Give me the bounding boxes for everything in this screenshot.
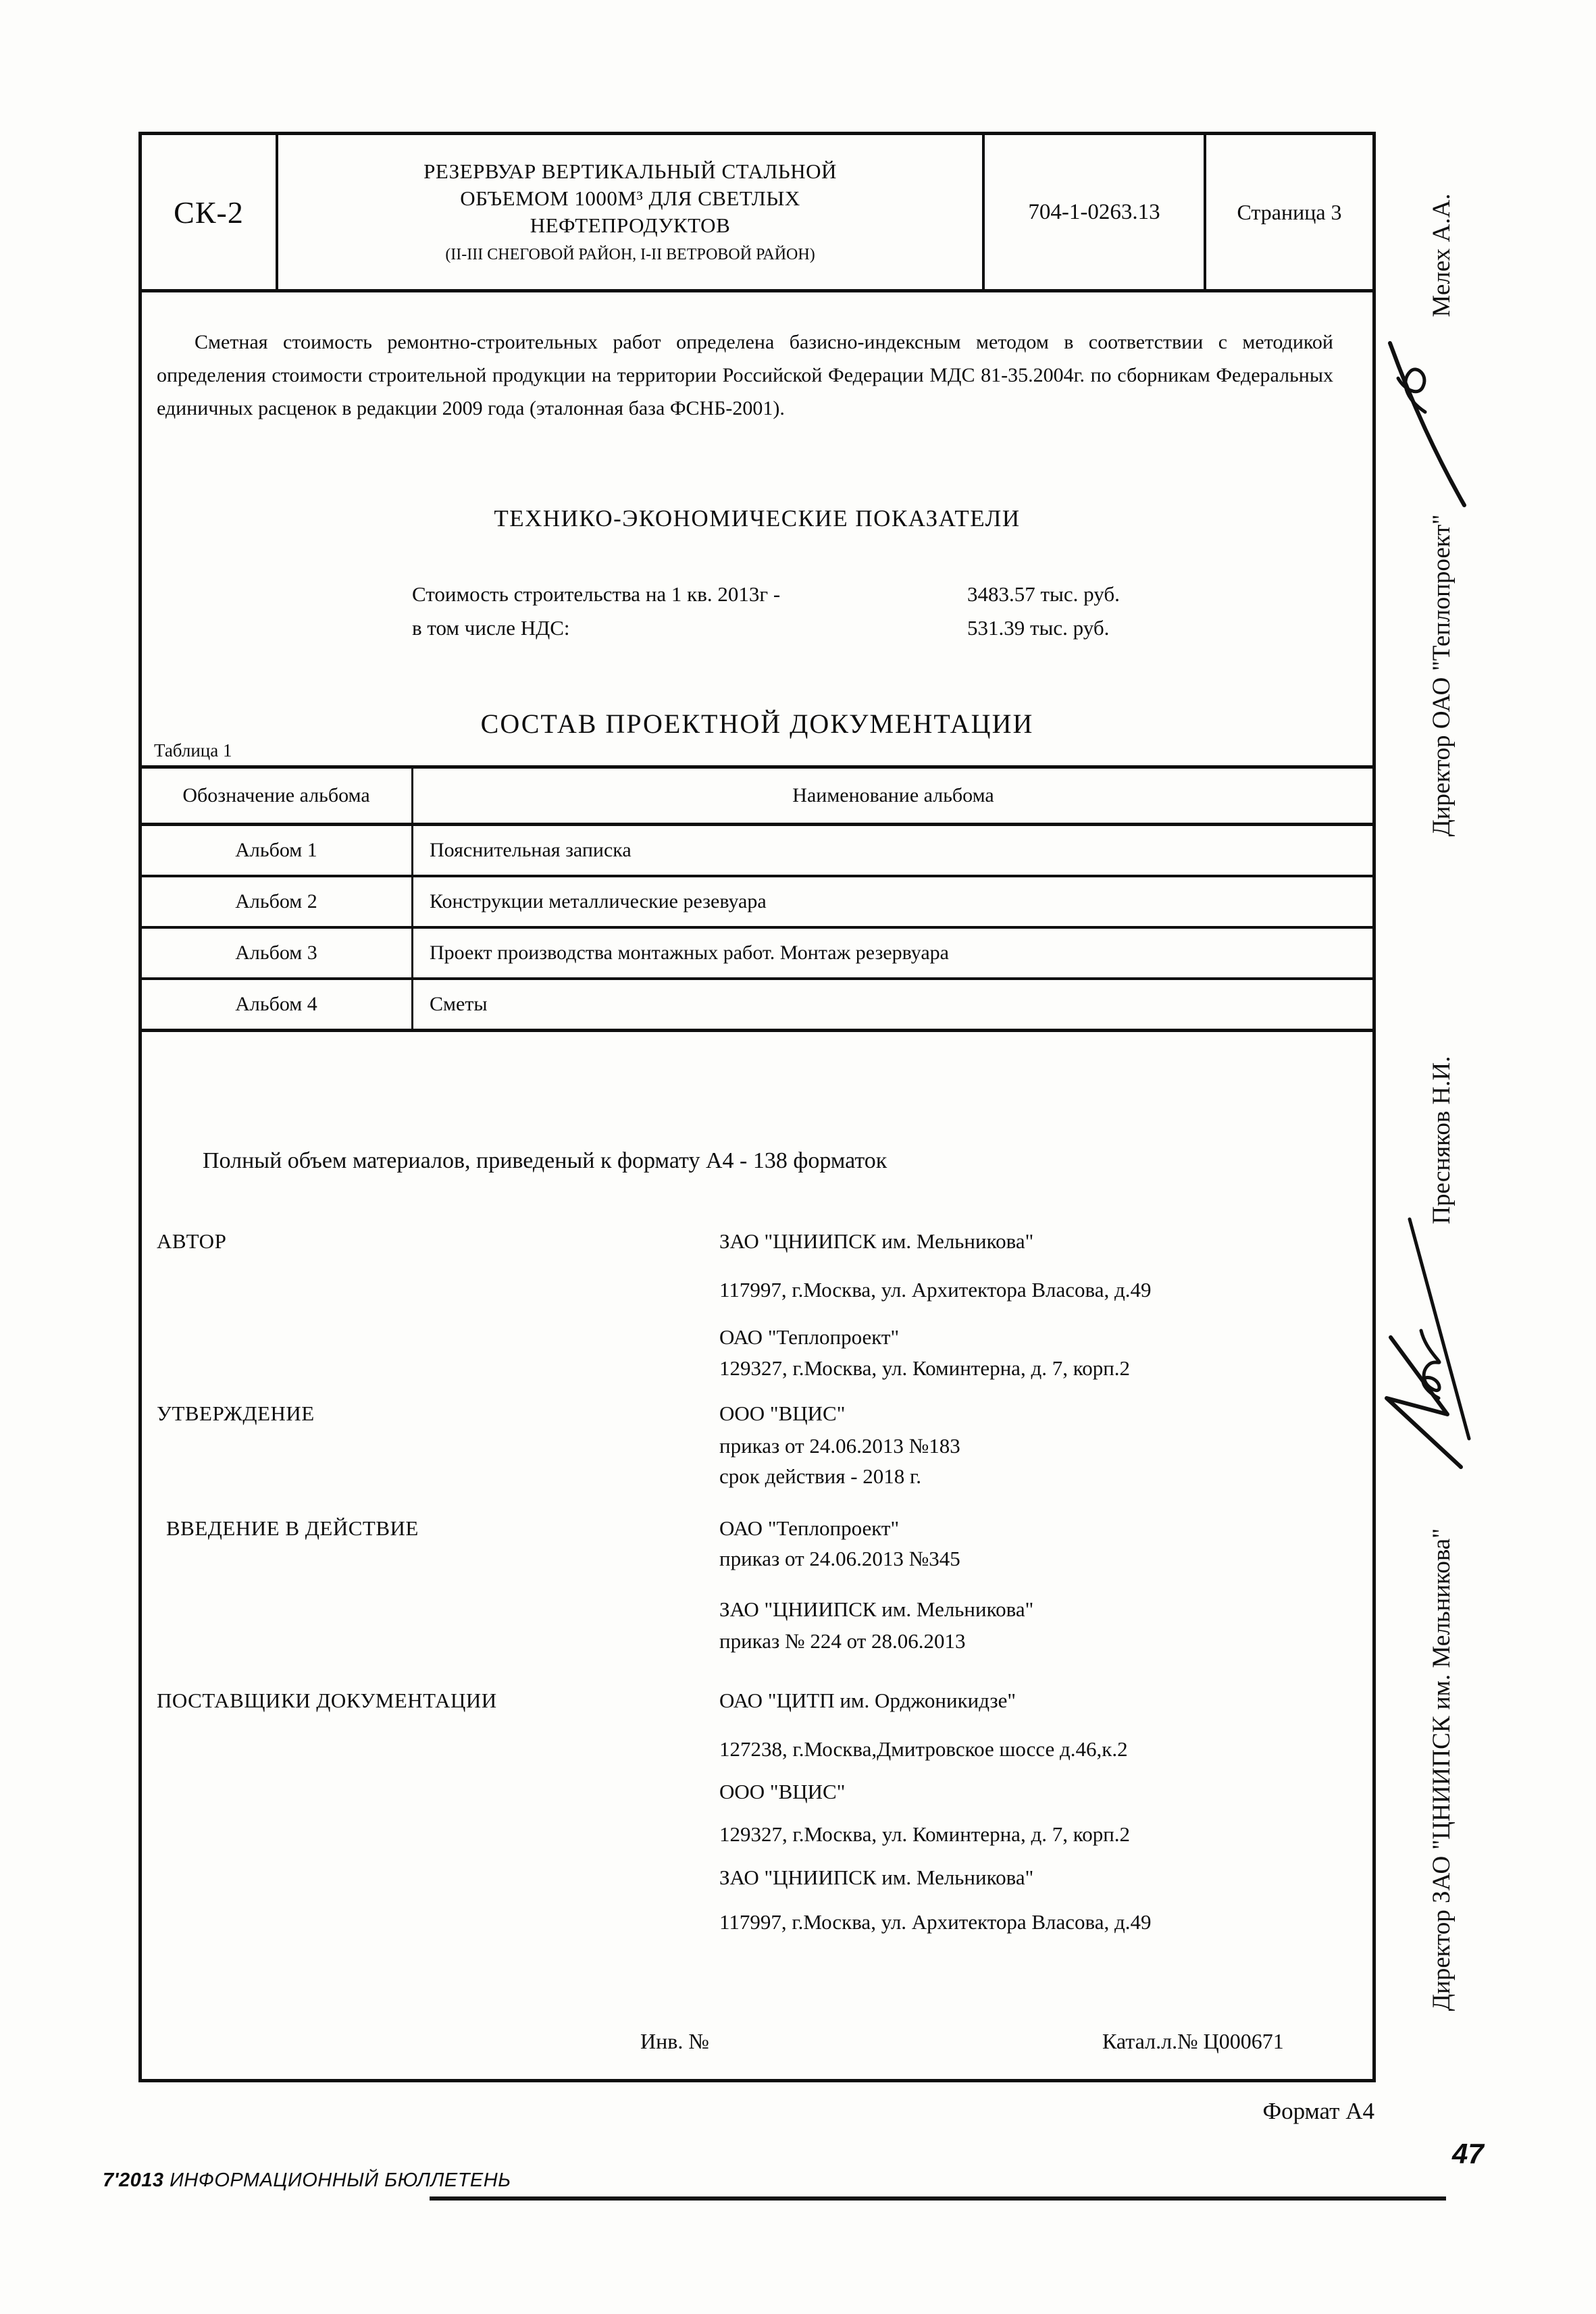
- album-code: Альбом 4: [141, 980, 413, 1029]
- albums-table: Обозначение альбома Наименование альбома…: [138, 765, 1376, 1032]
- album-code: Альбом 3: [141, 929, 413, 977]
- title-subline: (II-III СНЕГОВОЙ РАЙОН, I-II ВЕТРОВОЙ РА…: [445, 243, 815, 266]
- signature-title-bottom: Директор ЗАО "ЦНИИПСК им. Мельникова": [1427, 1459, 1457, 2080]
- form-code-cell: СК-2: [142, 135, 278, 289]
- party-line: ЗАО "ЦНИИПСК им. Мельникова": [719, 1866, 1033, 1890]
- intro-paragraph: Сметная стоимость ремонтно-строительных …: [157, 326, 1333, 425]
- party-line: ОАО "Теплопроект": [719, 1516, 899, 1541]
- bulletin-issue: 7'2013: [103, 2169, 164, 2191]
- author-section-label: АВТОР: [157, 1229, 226, 1254]
- volume-note: Полный объем материалов, приведеный к фо…: [203, 1148, 887, 1174]
- album-name: Конструкции металлические резевуара: [413, 877, 1373, 926]
- party-line: 117997, г.Москва, ул. Архитектора Власов…: [719, 1910, 1152, 1934]
- suppliers-section-label: ПОСТАВЩИКИ ДОКУМЕНТАЦИИ: [157, 1689, 497, 1713]
- enactment-section-label: ВВЕДЕНИЕ В ДЕЙСТВИЕ: [166, 1516, 419, 1541]
- title-line-1: РЕЗЕРВУАР ВЕРТИКАЛЬНЫЙ СТАЛЬНОЙ: [423, 158, 837, 185]
- header-table: СК-2 РЕЗЕРВУАР ВЕРТИКАЛЬНЫЙ СТАЛЬНОЙ ОБЪ…: [138, 132, 1376, 292]
- cost-label: Стоимость строительства на 1 кв. 2013г -: [412, 582, 967, 607]
- approval-section-label: УТВЕРЖДЕНИЕ: [157, 1402, 315, 1426]
- party-line: ЗАО "ЦНИИПСК им. Мельникова": [719, 1597, 1033, 1622]
- signature-name-top: Мелех А.А.: [1427, 168, 1457, 343]
- title-line-3: НЕФТЕПРОДУКТОВ: [530, 212, 731, 239]
- party-line: ООО "ВЦИС": [719, 1780, 845, 1804]
- scanned-document-page: СК-2 РЕЗЕРВУАР ВЕРТИКАЛЬНЫЙ СТАЛЬНОЙ ОБЪ…: [0, 0, 1596, 2314]
- composition-heading: СОСТАВ ПРОЕКТНОЙ ДОКУМЕНТАЦИИ: [138, 708, 1376, 740]
- party-line: 129327, г.Москва, ул. Коминтерна, д. 7, …: [719, 1356, 1130, 1381]
- party-line: 129327, г.Москва, ул. Коминтерна, д. 7, …: [719, 1822, 1130, 1847]
- page-indicator-cell: Страница 3: [1206, 135, 1372, 289]
- inventory-number-label: Инв. №: [640, 2029, 709, 2054]
- album-name: Пояснительная записка: [413, 826, 1373, 875]
- document-title-cell: РЕЗЕРВУАР ВЕРТИКАЛЬНЫЙ СТАЛЬНОЙ ОБЪЕМОМ …: [278, 135, 985, 289]
- paper-format-label: Формат А4: [1243, 2098, 1374, 2125]
- party-line: 117997, г.Москва, ул. Архитектора Власов…: [719, 1278, 1152, 1302]
- tech-indicators-rows: Стоимость строительства на 1 кв. 2013г -…: [412, 582, 1120, 640]
- table-row: Альбом 1 Пояснительная записка: [141, 826, 1373, 877]
- form-code: СК-2: [174, 195, 244, 230]
- party-line: ЗАО "ЦНИИПСК им. Мельникова": [719, 1229, 1033, 1254]
- party-line: 127238, г.Москва,Дмитровское шоссе д.46,…: [719, 1737, 1128, 1762]
- party-line: приказ от 24.06.2013 №345: [719, 1547, 960, 1571]
- document-number: 704-1-0263.13: [1028, 200, 1160, 225]
- album-name: Проект производства монтажных работ. Мон…: [413, 929, 1373, 977]
- tech-indicators-heading: ТЕХНИКО-ЭКОНОМИЧЕСКИЕ ПОКАЗАТЕЛИ: [138, 505, 1376, 532]
- album-code: Альбом 1: [141, 826, 413, 875]
- table-row: Альбом 2 Конструкции металлические резев…: [141, 877, 1373, 929]
- column-header-designation: Обозначение альбома: [141, 769, 413, 823]
- cost-value: 3483.57 тыс. руб.: [967, 582, 1120, 607]
- footer-divider-line: [430, 2196, 1446, 2201]
- bulletin-footer: 7'2013 ИНФОРМАЦИОННЫЙ БЮЛЛЕТЕНЬ: [103, 2169, 511, 2192]
- album-code: Альбом 2: [141, 877, 413, 926]
- column-header-name: Наименование альбома: [413, 769, 1373, 823]
- party-line: ООО "ВЦИС": [719, 1402, 845, 1426]
- party-line: срок действия - 2018 г.: [719, 1464, 921, 1489]
- table-row: Альбом 4 Сметы: [141, 980, 1373, 1032]
- party-line: ОАО "Теплопроект": [719, 1325, 899, 1349]
- vat-label: в том числе НДС:: [412, 616, 967, 640]
- page-indicator: Страница 3: [1237, 200, 1341, 225]
- document-number-cell: 704-1-0263.13: [985, 135, 1206, 289]
- party-line: приказ № 224 от 28.06.2013: [719, 1629, 966, 1653]
- title-line-2: ОБЪЕМОМ 1000М³ ДЛЯ СВЕТЛЫХ: [460, 185, 800, 212]
- table-row: Альбом 3 Проект производства монтажных р…: [141, 929, 1373, 980]
- party-line: приказ от 24.06.2013 №183: [719, 1434, 960, 1458]
- bulletin-title: ИНФОРМАЦИОННЫЙ БЮЛЛЕТЕНЬ: [170, 2169, 511, 2191]
- page-number: 47: [1452, 2138, 1484, 2170]
- table-header-row: Обозначение альбома Наименование альбома: [141, 769, 1373, 826]
- party-line: ОАО "ЦИТП им. Орджоникидзе": [719, 1689, 1016, 1713]
- catalog-sheet-number: Катал.л.№ Ц000671: [1102, 2029, 1284, 2054]
- table-caption: Таблица 1: [154, 740, 232, 761]
- vat-value: 531.39 тыс. руб.: [967, 616, 1120, 640]
- album-name: Сметы: [413, 980, 1373, 1029]
- signature-title-top: Директор ОАО "Теплопроект": [1427, 453, 1457, 898]
- signature-stroke-top-icon: [1378, 331, 1479, 513]
- signature-stroke-bottom-icon: [1374, 1209, 1476, 1479]
